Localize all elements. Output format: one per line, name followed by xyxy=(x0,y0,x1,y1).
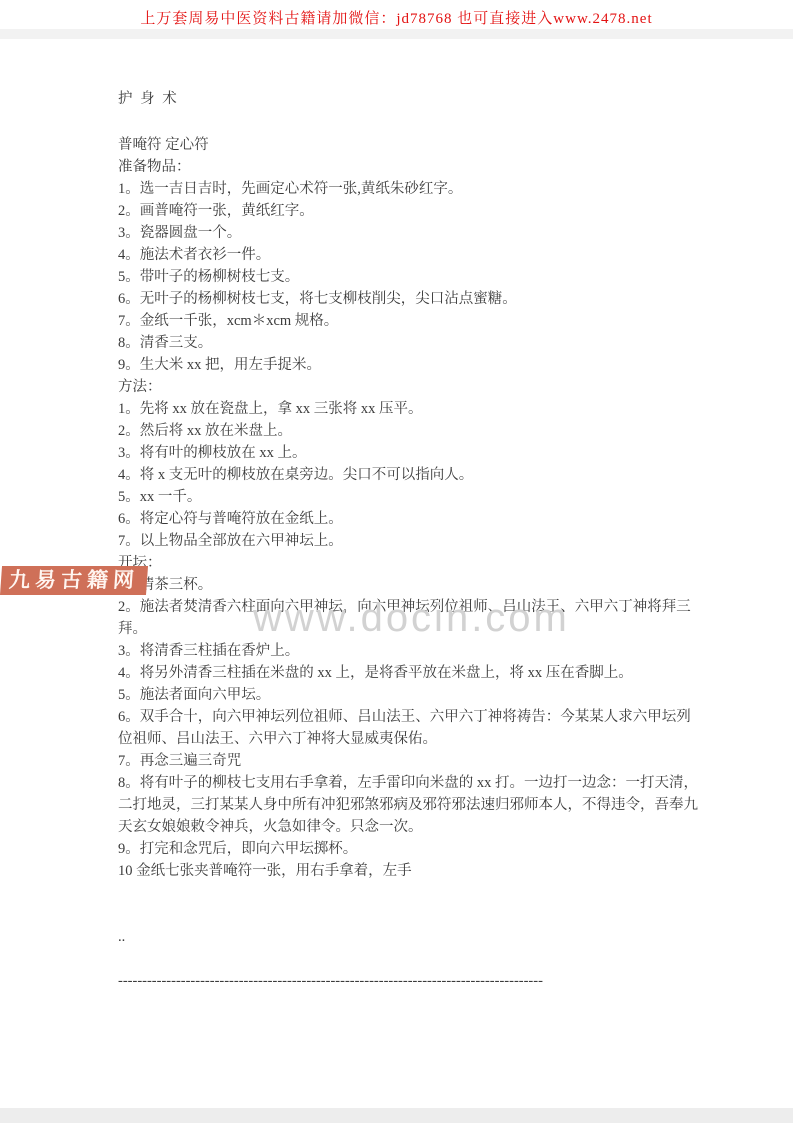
bottom-divider-band xyxy=(0,1108,793,1123)
doc-line: 1。清茶三杯。 xyxy=(118,574,690,596)
doc-line: 3。将有叶的柳枝放在 xx 上。 xyxy=(118,442,690,464)
doc-line: .. xyxy=(118,926,690,948)
doc-line: 6。将定心符与普唵符放在金纸上。 xyxy=(118,508,690,530)
doc-line: 7。以上物品全部放在六甲神坛上。 xyxy=(118,530,690,552)
doc-line: 9。打完和念咒后，即向六甲坛掷杯。 xyxy=(118,838,690,860)
doc-line: ----------------------------------------… xyxy=(118,970,690,992)
doc-line: 方法： xyxy=(118,376,690,398)
doc-line: 普唵符 定心符 xyxy=(118,134,690,156)
doc-line: 5。施法者面向六甲坛。 xyxy=(118,684,690,706)
top-divider-band xyxy=(0,29,793,39)
doc-line: 2。然后将 xx 放在米盘上。 xyxy=(118,420,690,442)
page-title: 护 身 术 xyxy=(118,88,690,110)
doc-line: 1。选一吉日吉时，先画定心术符一张,黄纸朱砂红字。 xyxy=(118,178,690,200)
doc-line: 4。将 x 支无叶的柳枝放在桌旁边。尖口不可以指向人。 xyxy=(118,464,690,486)
doc-line: 3。瓷器圆盘一个。 xyxy=(118,222,690,244)
doc-line: 2。画普唵符一张，黄纸红字。 xyxy=(118,200,690,222)
doc-line: 3。将清香三柱插在香炉上。 xyxy=(118,640,690,662)
doc-line: 4。将另外清香三柱插在米盘的 xx 上，是将香平放在米盘上，将 xx 压在香脚上… xyxy=(118,662,690,684)
doc-lines: 普唵符 定心符准备物品：1。选一吉日吉时，先画定心术符一张,黄纸朱砂红字。2。画… xyxy=(118,134,690,992)
document-page: 上万套周易中医资料古籍请加微信：jd78768 也可直接进入www.2478.n… xyxy=(0,0,793,1123)
doc-line: 位祖师、吕山法王、六甲六丁神将大显威夷保佑。 xyxy=(118,728,690,750)
doc-line xyxy=(118,904,690,926)
doc-line: 准备物品： xyxy=(118,156,690,178)
site-watermark-badge: 九易古籍网 xyxy=(0,566,148,595)
doc-line: 8。将有叶子的柳枝七支用右手拿着，左手雷印向米盘的 xx 打。一边打一边念：一打… xyxy=(118,772,690,794)
doc-line xyxy=(118,882,690,904)
doc-line: 开坛： xyxy=(118,552,690,574)
doc-line: 5。xx 一千。 xyxy=(118,486,690,508)
header-notice: 上万套周易中医资料古籍请加微信：jd78768 也可直接进入www.2478.n… xyxy=(0,7,793,28)
doc-line: 1。先将 xx 放在瓷盘上，拿 xx 三张将 xx 压平。 xyxy=(118,398,690,420)
doc-line: 7。再念三遍三奇咒 xyxy=(118,750,690,772)
doc-line: 10 金纸七张夹普唵符一张，用右手拿着，左手 xyxy=(118,860,690,882)
doc-line: 2。施法者焚清香六柱面向六甲神坛，向六甲神坛列位祖师、吕山法王、六甲六丁神将拜三 xyxy=(118,596,690,618)
doc-line: 天玄女娘娘敕令神兵，火急如律令。只念一次。 xyxy=(118,816,690,838)
doc-line: 7。金纸一千张，xcm＊xcm 规格。 xyxy=(118,310,690,332)
doc-line: 二打地灵，三打某某人身中所有冲犯邪煞邪病及邪符邪法速归邪师本人，不得违令，吾奉九 xyxy=(118,794,690,816)
doc-line xyxy=(118,948,690,970)
doc-line: 8。清香三支。 xyxy=(118,332,690,354)
doc-line: 9。生大米 xx 把，用左手捉米。 xyxy=(118,354,690,376)
doc-line: 6。无叶子的杨柳树枝七支，将七支柳枝削尖，尖口沾点蜜糖。 xyxy=(118,288,690,310)
doc-line: 6。双手合十，向六甲神坛列位祖师、吕山法王、六甲六丁神将祷告：今某某人求六甲坛列 xyxy=(118,706,690,728)
document-body: 护 身 术 普唵符 定心符准备物品：1。选一吉日吉时，先画定心术符一张,黄纸朱砂… xyxy=(118,88,690,992)
doc-line: 5。带叶子的杨柳树枝七支。 xyxy=(118,266,690,288)
doc-line: 4。施法术者衣衫一件。 xyxy=(118,244,690,266)
doc-line: 拜。 xyxy=(118,618,690,640)
